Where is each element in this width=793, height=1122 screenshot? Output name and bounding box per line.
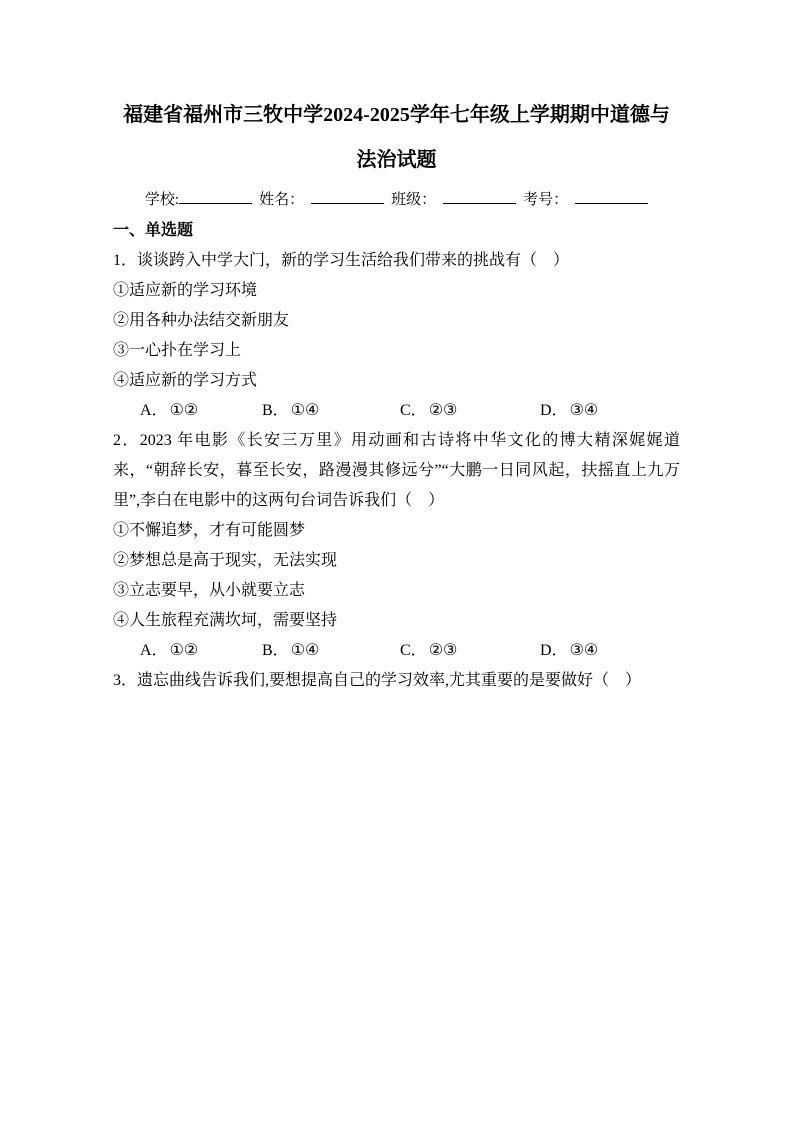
question-1-option-d: D．③④ — [540, 396, 680, 426]
field-name-label: 姓名： — [259, 192, 304, 208]
question-1-option-b: B．①④ — [262, 396, 400, 426]
option-value: ③④ — [570, 402, 599, 419]
question-1-options-row: A．①② B．①④ C．②③ D．③④ — [113, 396, 680, 426]
exam-body: 一、单选题 1．谈谈跨入中学大门，新的学习生活给我们带来的挑战有（ ） ①适应新… — [113, 216, 680, 696]
field-class-label: 班级： — [391, 192, 436, 208]
exam-title-line-2: 法治试题 — [113, 138, 680, 183]
question-2-option-b: B．①④ — [262, 636, 400, 666]
exam-title: 福建省福州市三牧中学2024-2025学年七年级上学期期中道德与 法治试题 — [113, 93, 680, 183]
field-school-blank-line — [179, 187, 252, 204]
option-label: A． — [140, 402, 168, 419]
option-label: C． — [400, 402, 427, 419]
question-2-option-d: D．③④ — [540, 636, 680, 666]
question-2-item-2: ②梦想总是高于现实，无法实现 — [113, 546, 680, 576]
option-value: ①② — [170, 402, 199, 419]
question-2-option-c: C．②③ — [400, 636, 540, 666]
option-label: D． — [540, 642, 568, 659]
field-exam-number-blank-line — [575, 187, 648, 204]
option-value: ①④ — [291, 642, 320, 659]
field-name-blank-line — [311, 187, 384, 204]
option-label: B． — [262, 642, 289, 659]
question-1-stem: 1．谈谈跨入中学大门，新的学习生活给我们带来的挑战有（ ） — [113, 246, 680, 276]
field-class-blank-line — [443, 187, 516, 204]
question-1-item-4: ④适应新的学习方式 — [113, 366, 680, 396]
question-1-item-3: ③一心扑在学习上 — [113, 336, 680, 366]
option-label: A． — [140, 642, 168, 659]
question-1-item-2: ②用各种办法结交新朋友 — [113, 306, 680, 336]
field-exam-number-label: 考号： — [523, 192, 568, 208]
option-value: ②③ — [429, 402, 458, 419]
student-info-fields: 学校:姓名：班级：考号： — [113, 187, 680, 211]
option-value: ②③ — [429, 642, 458, 659]
question-2-stem: 2．2023 年电影《长安三万里》用动画和古诗将中华文化的博大精深娓娓道来，“朝… — [113, 426, 680, 516]
exam-title-line-1: 福建省福州市三牧中学2024-2025学年七年级上学期期中道德与 — [113, 93, 680, 138]
question-3-stem: 3．遗忘曲线告诉我们,要想提高自己的学习效率,尤其重要的是要做好（ ） — [113, 666, 680, 696]
field-school-label: 学校: — [145, 192, 179, 208]
section-heading: 一、单选题 — [113, 216, 680, 246]
question-1-item-1: ①适应新的学习环境 — [113, 276, 680, 306]
option-label: D． — [540, 402, 568, 419]
question-2-item-3: ③立志要早，从小就要立志 — [113, 576, 680, 606]
question-1-option-c: C．②③ — [400, 396, 540, 426]
option-value: ①④ — [291, 402, 320, 419]
option-value: ③④ — [570, 642, 599, 659]
question-2-option-a: A．①② — [140, 636, 262, 666]
field-exam-number: 考号： — [523, 187, 648, 211]
question-1-option-a: A．①② — [140, 396, 262, 426]
field-school: 学校: — [145, 187, 252, 211]
question-2-item-4: ④人生旅程充满坎坷，需要坚持 — [113, 606, 680, 636]
question-2-item-1: ①不懈追梦，才有可能圆梦 — [113, 516, 680, 546]
field-class: 班级： — [391, 187, 516, 211]
question-2-options-row: A．①② B．①④ C．②③ D．③④ — [113, 636, 680, 666]
exam-document-page: 福建省福州市三牧中学2024-2025学年七年级上学期期中道德与 法治试题 学校… — [0, 0, 793, 1122]
option-label: B． — [262, 402, 289, 419]
field-name: 姓名： — [259, 187, 384, 211]
option-label: C． — [400, 642, 427, 659]
option-value: ①② — [170, 642, 199, 659]
